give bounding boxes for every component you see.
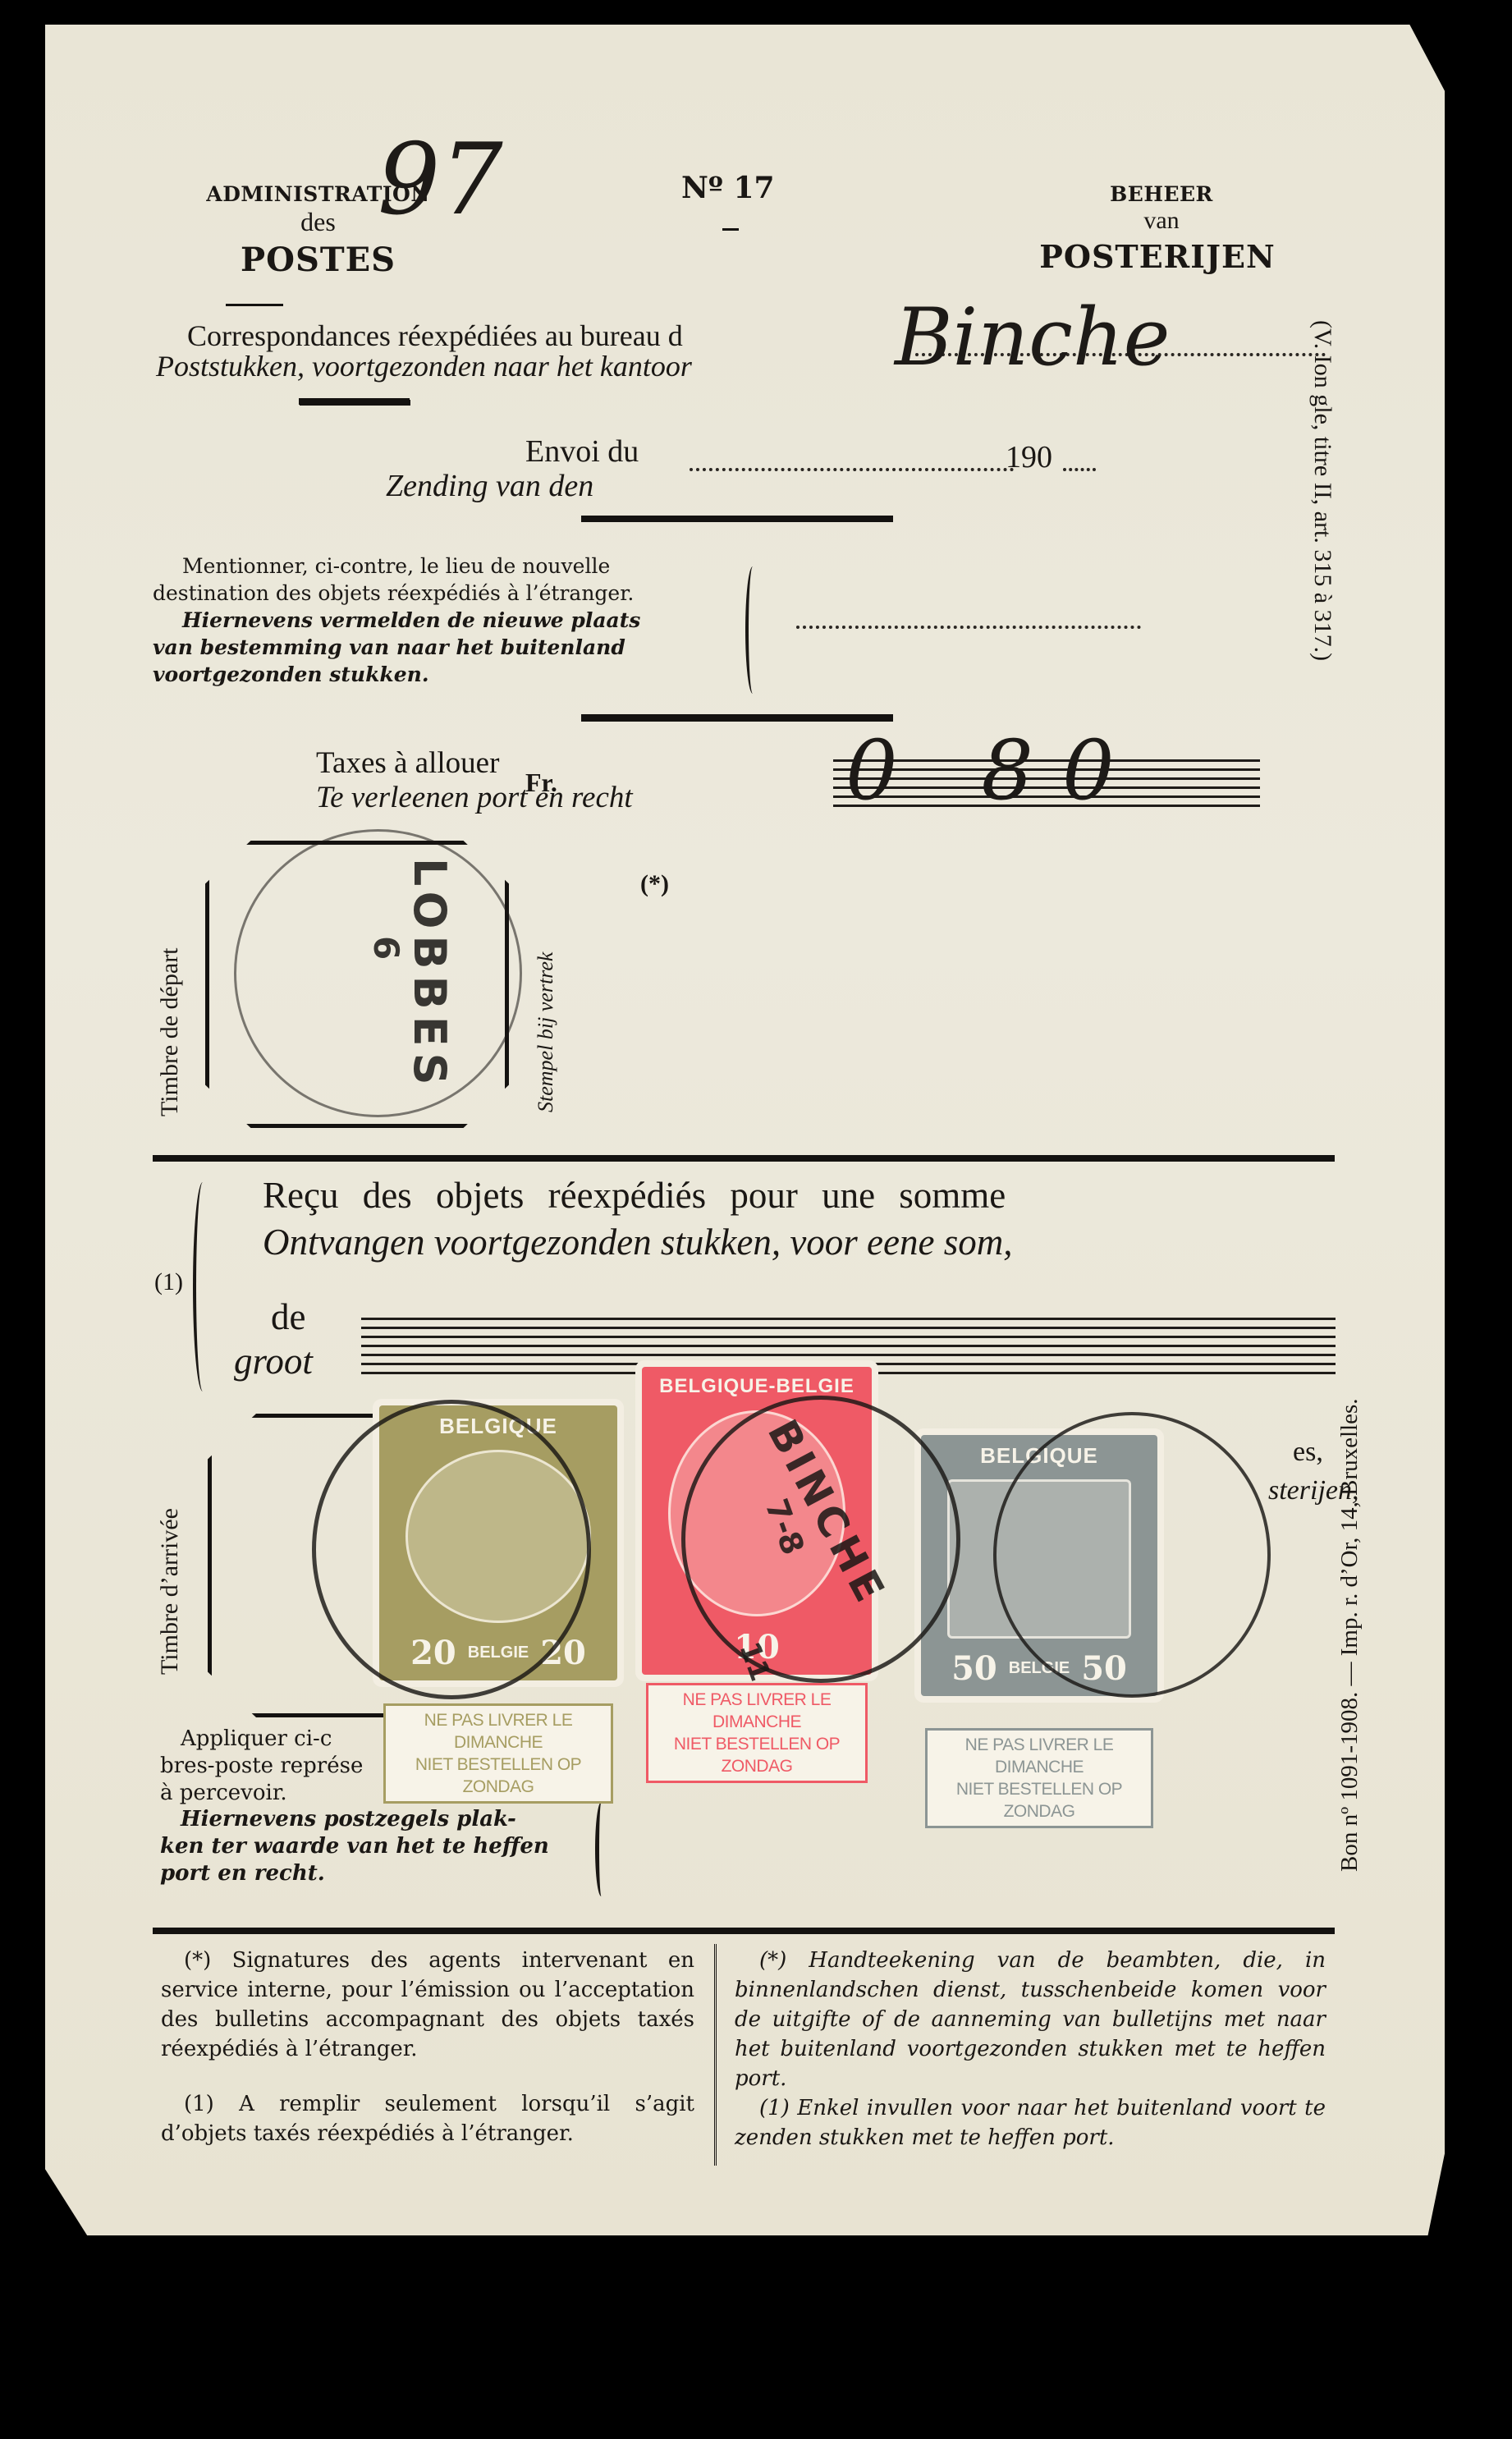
- stamp-country-top: BELGIQUE-BELGIE: [659, 1375, 855, 1398]
- departure-stamp-label-fr: Timbre de départ: [156, 947, 184, 1116]
- arrival-stamp-label-fr: Timbre d’arrivée: [156, 1508, 184, 1675]
- receipt-brace: [193, 1182, 213, 1391]
- shipment-year: 190: [1006, 439, 1052, 475]
- header-left-title: POSTES: [185, 241, 451, 279]
- arrival-instructions-fr-1: Appliquer ci-c: [181, 1726, 332, 1753]
- redirected-label-nl: Poststukken, voortgezonden naar het kant…: [156, 349, 692, 383]
- stamp-sunday-tab: NE PAS LIVRER LE DIMANCHENIET BESTELLEN …: [925, 1728, 1153, 1828]
- receipt-groot: groot: [234, 1340, 313, 1382]
- brace: [745, 566, 760, 694]
- destination-instructions-fr-1: Mentionner, ci-contre, le lieu de nouvel…: [182, 552, 740, 580]
- receipt-marker: (1): [154, 1268, 183, 1296]
- footnote-fr-fill: (1) A remplir seulement lorsqu’il s’agit…: [161, 2089, 694, 2148]
- shipment-label-fr: Envoi du: [525, 433, 639, 470]
- stamp-sunday-tab: NE PAS LIVRER LE DIMANCHENIET BESTELLEN …: [383, 1703, 613, 1804]
- footnote-nl-signatures: (*) Handteekening van de beambten, die, …: [735, 1946, 1326, 2093]
- taxes-handwritten-amount: 0 80: [845, 722, 1143, 818]
- arrival-postmark-1: [312, 1400, 591, 1699]
- form-number: Nº 17: [681, 171, 775, 205]
- taxes-label-fr: Taxes à allouer: [316, 745, 499, 781]
- departure-postmark-town: LOBBES: [404, 858, 456, 1092]
- arrival-postmark-3: [993, 1412, 1271, 1698]
- shipment-date-field[interactable]: [1063, 468, 1096, 471]
- header-right-title: POSTERIJEN: [973, 238, 1342, 275]
- redirected-label-fr: Correspondances réexpédiées au bureau d: [187, 319, 683, 353]
- footnote-fr-signatures: (*) Signatures des agents intervenant en…: [161, 1946, 694, 2064]
- shipment-label-nl: Zending van den: [386, 468, 593, 504]
- receipt-line-fr: Reçu des objets réexpédiés pour une somm…: [263, 1174, 1006, 1217]
- departure-postmark-date: 6: [366, 936, 406, 960]
- arrival-instructions-nl-3: port en recht.: [160, 1860, 325, 1887]
- arrival-instructions-fr-2: bres-poste représe: [160, 1753, 363, 1780]
- receipt-de: de: [271, 1295, 305, 1338]
- destination-instructions-nl-1: Hiernevens vermelden de nieuwe plaats: [182, 607, 640, 634]
- destination-field[interactable]: [796, 626, 1141, 629]
- footnote-nl-fill: (1) Enkel invullen voor naar het buitenl…: [735, 2093, 1326, 2152]
- receipt-line-nl: Ontvangen voortgezonden stukken, voor ee…: [263, 1221, 1013, 1263]
- header-right-line2: van: [981, 207, 1342, 235]
- receipt-fragment-1: es,: [1293, 1437, 1323, 1468]
- destination-instructions-nl-2: van bestemming van naar het buitenland: [153, 634, 625, 661]
- handwritten-number: 97: [378, 123, 503, 237]
- margin-printer: Bon nº 1091-1908. — Imp. r. d’Or, 14, Br…: [1336, 1398, 1363, 1872]
- departure-postmark: [234, 829, 522, 1117]
- taxes-currency: Fr.: [525, 768, 557, 798]
- departure-signature-marker: (*): [640, 870, 669, 898]
- taxes-label-nl: Te verleenen port en recht: [316, 780, 633, 815]
- arrival-brace: [595, 1802, 607, 1896]
- header-right-line1: BEHEER: [981, 182, 1342, 206]
- redirected-handwritten-office[interactable]: Binche: [895, 291, 1170, 383]
- margin-reference: (V. Ion gle, titre II, art. 315 à 317.): [1308, 320, 1336, 661]
- destination-instructions-fr-2: destination des objets réexpédiés à l’ét…: [153, 580, 744, 607]
- departure-stamp-label-nl: Stempel bij vertrek: [534, 952, 558, 1112]
- arrival-instructions-nl-2: ken ter waarde van het te heffen: [160, 1833, 549, 1860]
- arrival-instructions-nl-1: Hiernevens postzegels plak-: [181, 1806, 516, 1833]
- destination-instructions-nl-3: voortgezonden stukken.: [153, 661, 429, 688]
- arrival-instructions-fr-3: à percevoir.: [160, 1780, 287, 1807]
- stamp-sunday-tab: NE PAS LIVRER LE DIMANCHENIET BESTELLEN …: [646, 1683, 868, 1783]
